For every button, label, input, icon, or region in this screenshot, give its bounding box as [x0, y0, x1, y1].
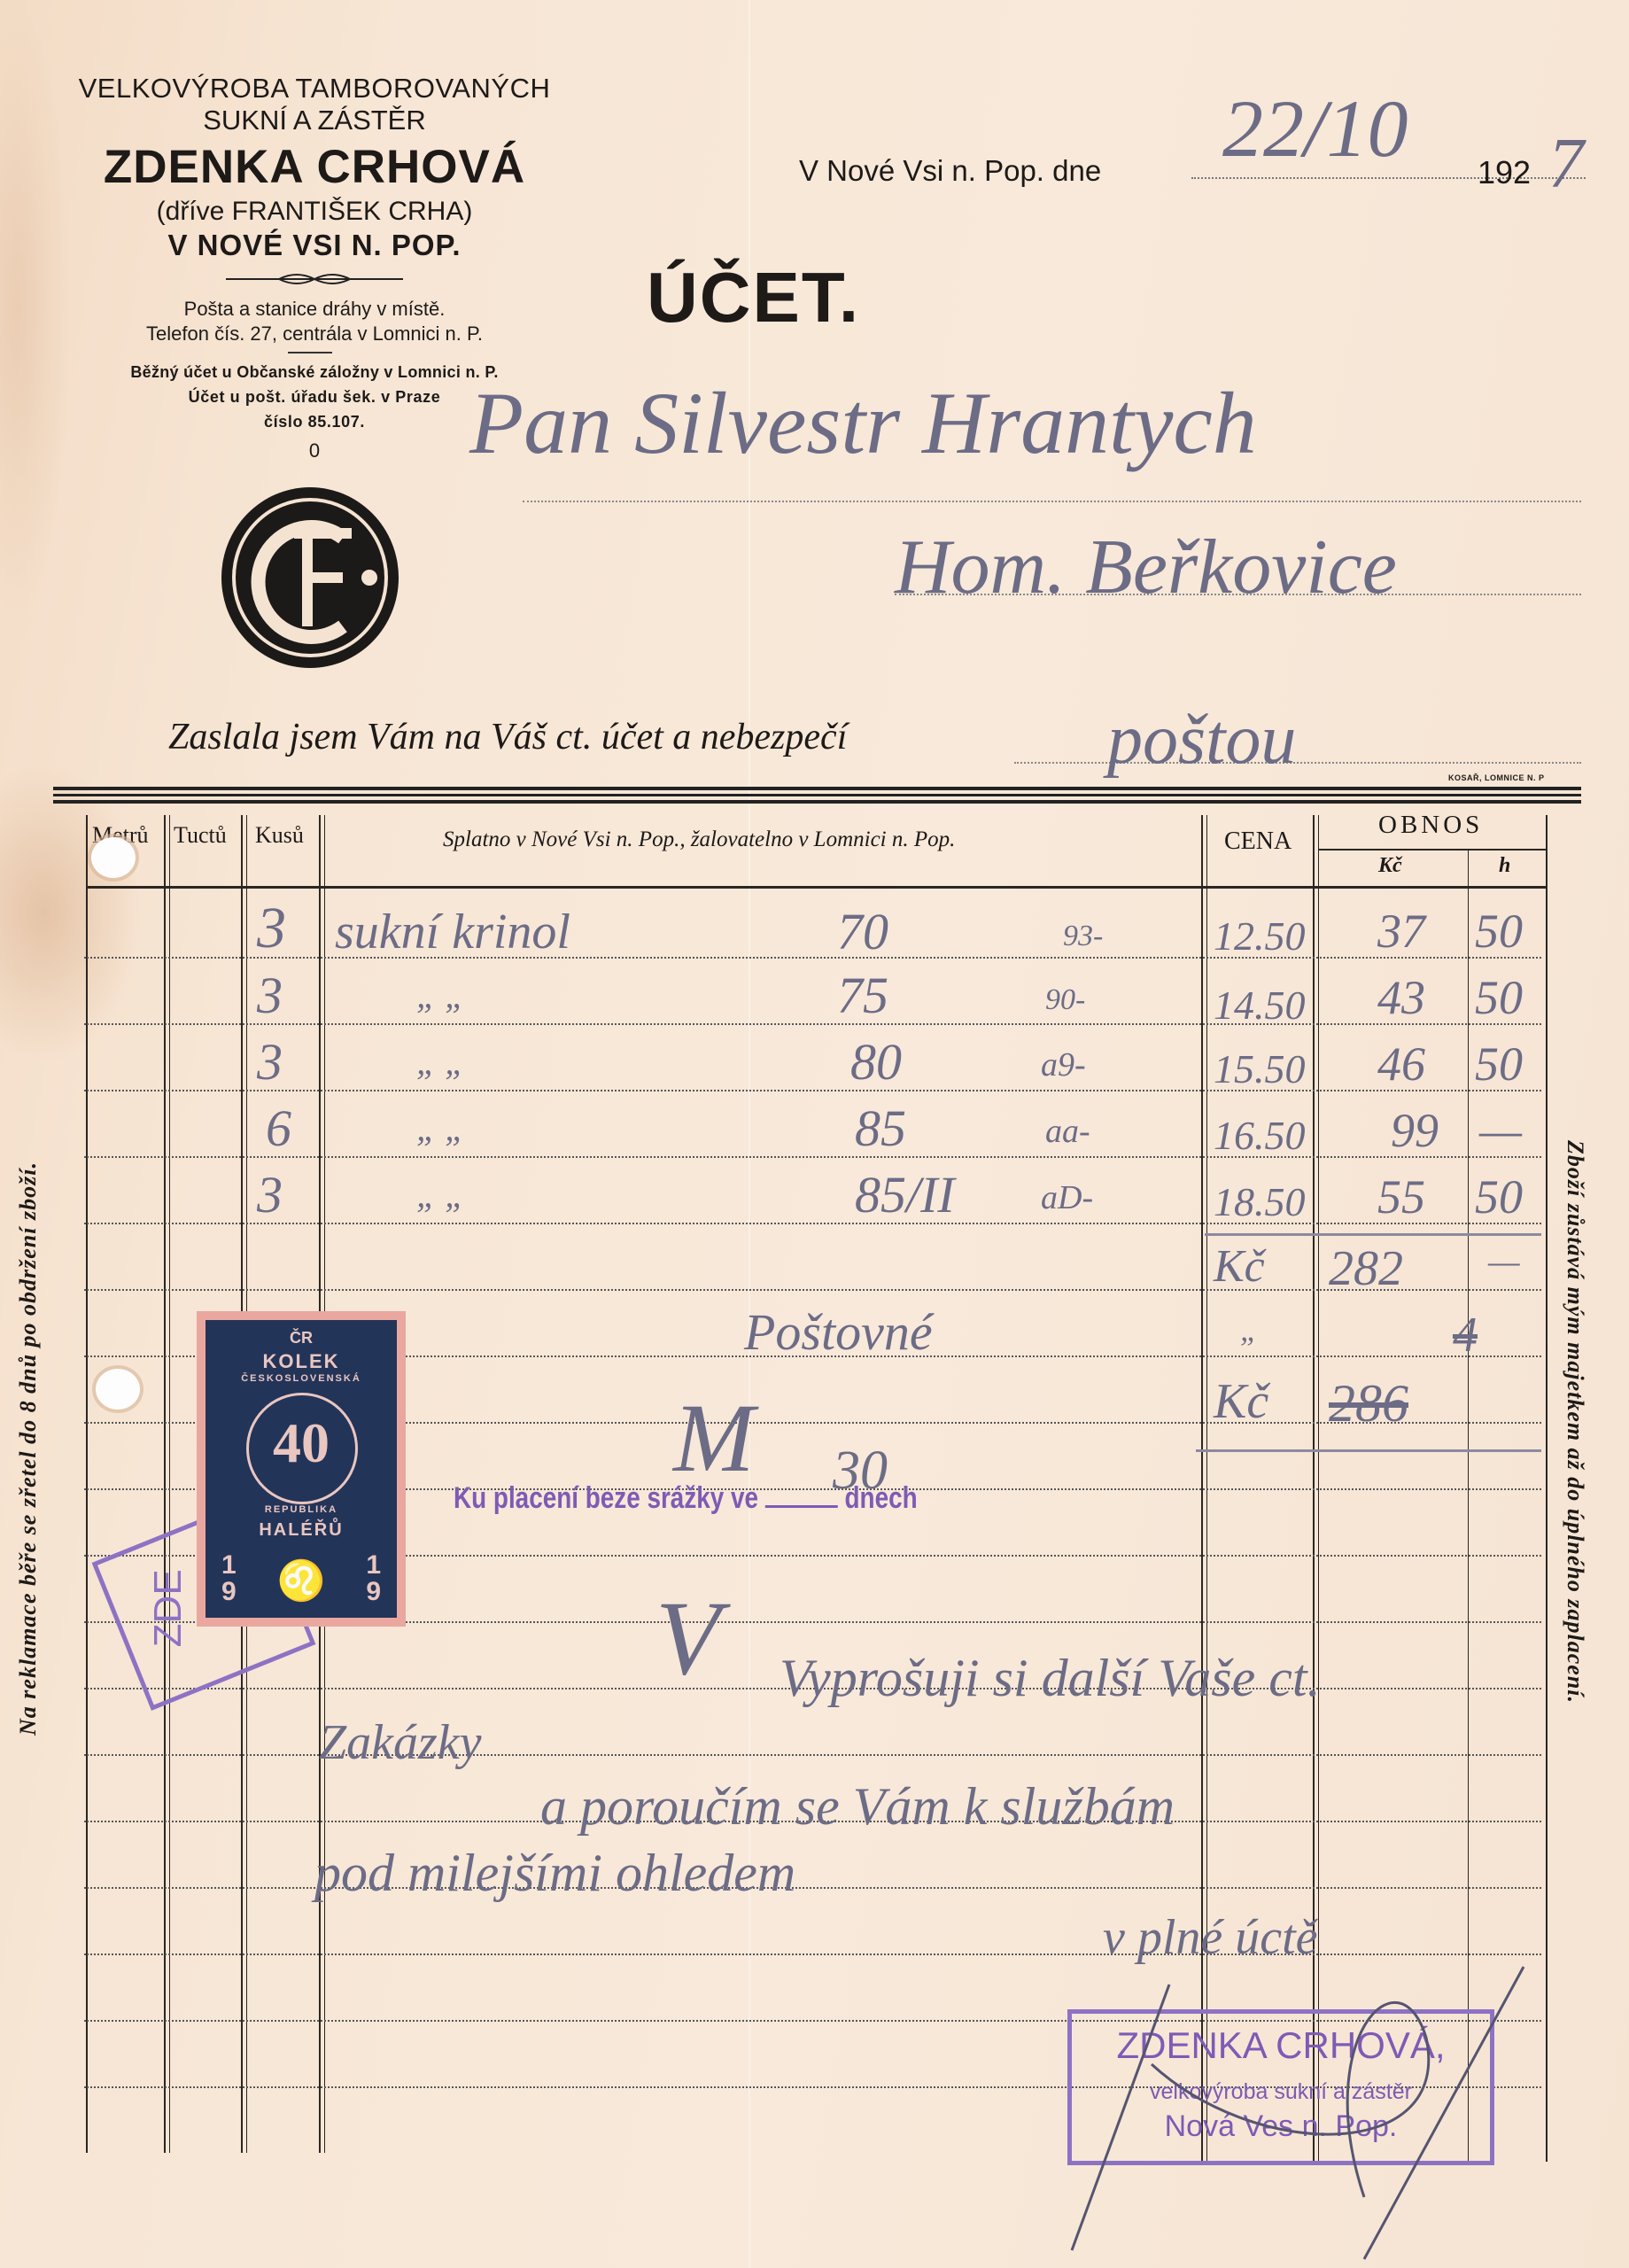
row-2-description: „ „: [416, 975, 465, 1016]
total-label: Kč: [1214, 1373, 1268, 1430]
row-4-size: 85: [855, 1099, 906, 1158]
row-3-kc: 46: [1377, 1037, 1425, 1091]
header-price: CENA: [1224, 827, 1292, 856]
lion-emblem-icon: ♌: [276, 1557, 326, 1607]
row-1-kc: 37: [1377, 904, 1425, 959]
initial-note: M: [673, 1382, 755, 1495]
ownership-note: Zboží zůstává mým majetkem až do úplného…: [1562, 1059, 1588, 1785]
table-top-rule: [53, 794, 1581, 796]
row-5-h: 50: [1475, 1169, 1523, 1224]
row-4-kc: 99: [1391, 1103, 1439, 1158]
row-5-description: „ „: [416, 1174, 465, 1216]
request-note: Vyprošuji si další Vaše ct.: [780, 1648, 1321, 1709]
business-description-2: SUKNÍ A ZÁSTĚR: [18, 105, 611, 136]
subtotal-label: Kč: [1214, 1240, 1265, 1293]
stamp-label: KOLEK: [206, 1350, 397, 1373]
row-1-h: 50: [1475, 904, 1523, 959]
printer-imprint: KOSAŘ, LOMNICE N. P: [1448, 773, 1545, 782]
row-5-code: aD-: [1041, 1178, 1093, 1217]
signature-scribble-icon: [1045, 1931, 1541, 2268]
row-4-code: aa-: [1045, 1112, 1090, 1151]
paper-fold: [749, 0, 750, 2268]
header-bottom-rule: [86, 886, 1546, 889]
postage-kc: 4: [1453, 1307, 1478, 1363]
post-info: Pošta a stanice dráhy v místě.: [18, 298, 611, 321]
row-1-size: 70: [837, 902, 888, 961]
row-3-description: „ „: [416, 1041, 465, 1083]
orders-note: Zakázky: [319, 1714, 482, 1771]
terms-days: 30: [833, 1440, 888, 1503]
row-3-size: 80: [850, 1032, 902, 1091]
document-title: ÚČET.: [647, 257, 860, 338]
stamp-country: ČR: [206, 1329, 397, 1348]
divider: [288, 352, 332, 353]
total-rule: [1196, 1449, 1541, 1452]
date-label: V Nové Vsi n. Pop. dne: [799, 154, 1101, 188]
phone-info: Telefon čís. 27, centrála v Lomnici n. P…: [18, 322, 611, 346]
table-top-rule: [53, 800, 1581, 804]
row-2-size: 75: [837, 966, 888, 1025]
row-4-pieces: 6: [266, 1099, 291, 1158]
recommend-note: a poroučím se Vám k službám: [540, 1776, 1175, 1837]
terms-prefix: Ku placení beze srážky ve: [454, 1481, 758, 1515]
row-5-pieces: 3: [257, 1165, 283, 1224]
column-line: [86, 815, 88, 2153]
punch-hole: [91, 837, 136, 878]
business-description: VELKOVÝROBA TAMBOROVANÝCH: [18, 73, 611, 105]
stamp-value: 40: [206, 1410, 397, 1476]
shipping-method: poštou: [1107, 700, 1296, 781]
subtotal-kc: 282: [1329, 1240, 1403, 1297]
table-top-rule: [53, 787, 1581, 790]
shipping-label: Zaslala jsem Vám na Váš ct. účet a nebez…: [168, 716, 847, 758]
address-dotted-line: [895, 594, 1581, 595]
column-line: [1546, 815, 1548, 2162]
row-3-h: 50: [1475, 1037, 1523, 1091]
shipping-dotted-line: [1014, 762, 1581, 764]
paper-stain: [0, 762, 142, 1063]
header-amount: OBNOS: [1378, 811, 1483, 840]
subtotal-h: —: [1488, 1240, 1520, 1282]
recipient-name: Pan Silvestr Hrantych: [469, 372, 1257, 474]
row-3-code: a9-: [1041, 1045, 1086, 1084]
address-dotted-line: [523, 501, 1581, 502]
postage-note: Poštovné: [744, 1302, 933, 1362]
row-1-price: 12.50: [1214, 913, 1306, 959]
recipient-town: Hom. Beřkovice: [895, 523, 1397, 612]
company-location: V NOVÉ VSI N. POP.: [18, 229, 611, 262]
row-4-description: „ „: [416, 1107, 465, 1149]
row-4-h: —: [1479, 1103, 1522, 1158]
header-dozens: Tuctů: [174, 822, 227, 849]
row-5-kc: 55: [1377, 1169, 1425, 1224]
row-2-pieces: 3: [257, 966, 283, 1025]
row-3-price: 15.50: [1214, 1045, 1306, 1092]
row-1-pieces: 3: [257, 895, 286, 962]
punch-hole: [96, 1369, 140, 1410]
header-h: h: [1499, 854, 1510, 878]
header-pieces: Kusů: [255, 822, 304, 849]
row-1-code: 93-: [1063, 920, 1103, 953]
date-handwritten: 22/10: [1222, 82, 1408, 175]
revenue-tax-stamp: ČR KOLEK ČESKOSLOVENSKÁ 40 REPUBLIKA HAL…: [197, 1311, 406, 1627]
total-kc: 286: [1329, 1373, 1408, 1434]
complaints-note: Na reklamace běře se zřetel do 8 dnů po …: [15, 1085, 42, 1812]
company-name: ZDENKA CRHOVÁ: [18, 140, 611, 194]
ornament-divider-icon: [226, 270, 403, 288]
row-4-price: 16.50: [1214, 1112, 1306, 1159]
year-printed: 192: [1478, 154, 1531, 191]
stamp-republic-bottom: REPUBLIKA: [206, 1504, 397, 1515]
postage-label: „: [1240, 1311, 1258, 1348]
subtotal-rule: [1205, 1233, 1541, 1236]
row-2-code: 90-: [1045, 983, 1085, 1017]
row-2-h: 50: [1475, 970, 1523, 1025]
column-line: [164, 815, 166, 2153]
row-3-pieces: 3: [257, 1032, 283, 1091]
row-2-kc: 43: [1377, 970, 1425, 1025]
stamp-year-right: 1 9: [366, 1552, 381, 1605]
former-owner: (dříve FRANTIŠEK CRHA): [18, 197, 611, 227]
request-capital: V: [655, 1577, 720, 1699]
monogram-logo-icon: [219, 485, 401, 671]
row-5-size: 85/II: [855, 1165, 955, 1224]
header-kc: Kč: [1378, 854, 1402, 878]
regards-note: pod milejšími ohledem: [314, 1843, 795, 1904]
row-5-price: 18.50: [1214, 1178, 1306, 1225]
stamp-unit: HALÉŘŮ: [206, 1520, 397, 1541]
year-handwritten: 7: [1548, 124, 1584, 205]
row-2-price: 14.50: [1214, 982, 1306, 1029]
stamp-year-left: 1 9: [221, 1552, 237, 1605]
column-line: [169, 815, 170, 2153]
obnos-divider: [1318, 849, 1546, 850]
row-1-description: sukní krinol: [335, 904, 570, 960]
header-description: Splatno v Nové Vsi n. Pop., žalovatelno …: [443, 827, 955, 852]
stamp-republic-top: ČESKOSLOVENSKÁ: [206, 1373, 397, 1384]
